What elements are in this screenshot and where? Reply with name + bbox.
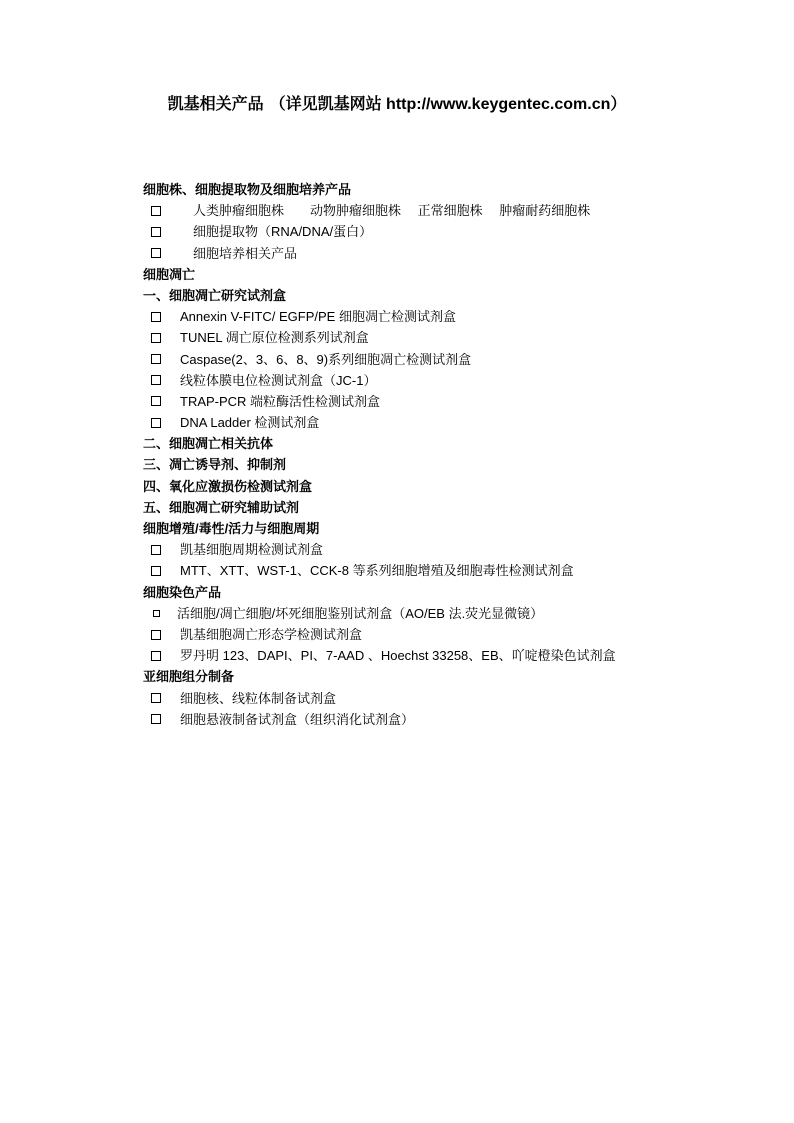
list-item-text: 凯基细胞周期检测试剂盒 <box>180 539 323 560</box>
checkbox-icon <box>153 610 160 617</box>
checkbox-icon <box>151 418 161 428</box>
section-heading-text: 亚细胞组分制备 <box>143 666 234 687</box>
page-title: 凯基相关产品（详见凯基网站 http://www.keygentec.com.c… <box>0 94 794 116</box>
section-heading: 一、细胞凋亡研究试剂盒 <box>143 285 743 306</box>
checkbox-icon <box>151 312 161 322</box>
section-heading: 四、氧化应激损伤检测试剂盒 <box>143 476 743 497</box>
list-item: TRAP-PCR 端粒酶活性检测试剂盒 <box>143 391 743 412</box>
list-item: 细胞核、线粒体制备试剂盒 <box>143 688 743 709</box>
checkbox-icon <box>151 333 161 343</box>
checkbox-icon <box>151 227 161 237</box>
list-item: 凯基细胞周期检测试剂盒 <box>143 539 743 560</box>
list-item: 罗丹明 123、DAPI、PI、7-AAD 、Hoechst 33258、EB、… <box>143 645 743 666</box>
list-item-text: 细胞培养相关产品 <box>193 243 297 264</box>
list-item-text: 细胞提取物（RNA/DNA/蛋白） <box>193 221 372 242</box>
checkbox-icon <box>151 566 161 576</box>
section-heading: 五、细胞凋亡研究辅助试剂 <box>143 497 743 518</box>
list-item: 细胞提取物（RNA/DNA/蛋白） <box>143 221 743 242</box>
list-item-text: 细胞悬液制备试剂盒（组织消化试剂盒） <box>180 709 414 730</box>
list-item: 活细胞/凋亡细胞/坏死细胞鉴别试剂盒（AO/EB 法.荧光显微镜） <box>143 603 743 624</box>
checkbox-icon <box>151 630 161 640</box>
checkbox-icon <box>151 651 161 661</box>
checkbox-icon <box>151 248 161 258</box>
list-item: 人类肿瘤细胞株 动物肿瘤细胞株 正常细胞株 肿瘤耐药细胞株 <box>143 200 743 221</box>
list-item: DNA Ladder 检测试剂盒 <box>143 412 743 433</box>
product-list: 细胞株、细胞提取物及细胞培养产品 人类肿瘤细胞株 动物肿瘤细胞株 正常细胞株 肿… <box>143 179 743 730</box>
section-heading: 二、细胞凋亡相关抗体 <box>143 433 743 454</box>
section-heading: 三、凋亡诱导剂、抑制剂 <box>143 454 743 475</box>
list-item-text: 细胞核、线粒体制备试剂盒 <box>180 688 336 709</box>
list-item: Annexin V-FITC/ EGFP/PE 细胞凋亡检测试剂盒 <box>143 306 743 327</box>
title-product-name: 凯基相关产品 <box>168 96 264 113</box>
list-item: 细胞悬液制备试剂盒（组织消化试剂盒） <box>143 709 743 730</box>
section-heading: 细胞凋亡 <box>143 264 743 285</box>
section-heading-text: 细胞增殖/毒性/活力与细胞周期 <box>143 518 319 539</box>
section-heading: 细胞增殖/毒性/活力与细胞周期 <box>143 518 743 539</box>
section-heading: 亚细胞组分制备 <box>143 666 743 687</box>
list-item: 线粒体膜电位检测试剂盒（JC-1） <box>143 370 743 391</box>
section-heading-text: 细胞株、细胞提取物及细胞培养产品 <box>143 179 351 200</box>
section-heading-text: 细胞染色产品 <box>143 582 221 603</box>
checkbox-icon <box>151 354 161 364</box>
section-heading-text: 一、细胞凋亡研究试剂盒 <box>143 285 286 306</box>
list-item: 细胞培养相关产品 <box>143 243 743 264</box>
section-heading-text: 五、细胞凋亡研究辅助试剂 <box>143 497 299 518</box>
checkbox-icon <box>151 714 161 724</box>
section-heading: 细胞染色产品 <box>143 582 743 603</box>
section-heading-text: 细胞凋亡 <box>143 264 195 285</box>
list-item: Caspase(2、3、6、8、9)系列细胞凋亡检测试剂盒 <box>143 349 743 370</box>
list-item-text: TUNEL 凋亡原位检测系列试剂盒 <box>180 327 369 348</box>
list-item-text: TRAP-PCR 端粒酶活性检测试剂盒 <box>180 391 380 412</box>
list-item-text: Caspase(2、3、6、8、9)系列细胞凋亡检测试剂盒 <box>180 349 471 370</box>
document-page: 凯基相关产品（详见凯基网站 http://www.keygentec.com.c… <box>0 0 794 1123</box>
list-item-text: 罗丹明 123、DAPI、PI、7-AAD 、Hoechst 33258、EB、… <box>180 645 616 666</box>
list-item: MTT、XTT、WST-1、CCK-8 等系列细胞增殖及细胞毒性检测试剂盒 <box>143 560 743 581</box>
list-item-text: 人类肿瘤细胞株 动物肿瘤细胞株 正常细胞株 肿瘤耐药细胞株 <box>193 200 590 221</box>
section-heading-text: 二、细胞凋亡相关抗体 <box>143 433 273 454</box>
list-item-text: 线粒体膜电位检测试剂盒（JC-1） <box>180 370 376 391</box>
list-item-text: 凯基细胞凋亡形态学检测试剂盒 <box>180 624 362 645</box>
checkbox-icon <box>151 545 161 555</box>
list-item-text: Annexin V-FITC/ EGFP/PE 细胞凋亡检测试剂盒 <box>180 306 456 327</box>
checkbox-icon <box>151 693 161 703</box>
section-heading-text: 四、氧化应激损伤检测试剂盒 <box>143 476 312 497</box>
section-heading: 细胞株、细胞提取物及细胞培养产品 <box>143 179 743 200</box>
list-item-text: 活细胞/凋亡细胞/坏死细胞鉴别试剂盒（AO/EB 法.荧光显微镜） <box>177 603 543 624</box>
list-item: 凯基细胞凋亡形态学检测试剂盒 <box>143 624 743 645</box>
list-item: TUNEL 凋亡原位检测系列试剂盒 <box>143 327 743 348</box>
checkbox-icon <box>151 375 161 385</box>
list-item-text: DNA Ladder 检测试剂盒 <box>180 412 319 433</box>
list-item-text: MTT、XTT、WST-1、CCK-8 等系列细胞增殖及细胞毒性检测试剂盒 <box>180 560 574 581</box>
section-heading-text: 三、凋亡诱导剂、抑制剂 <box>143 454 286 475</box>
checkbox-icon <box>151 206 161 216</box>
title-website-note: （详见凯基网站 http://www.keygentec.com.cn） <box>270 96 627 113</box>
checkbox-icon <box>151 396 161 406</box>
